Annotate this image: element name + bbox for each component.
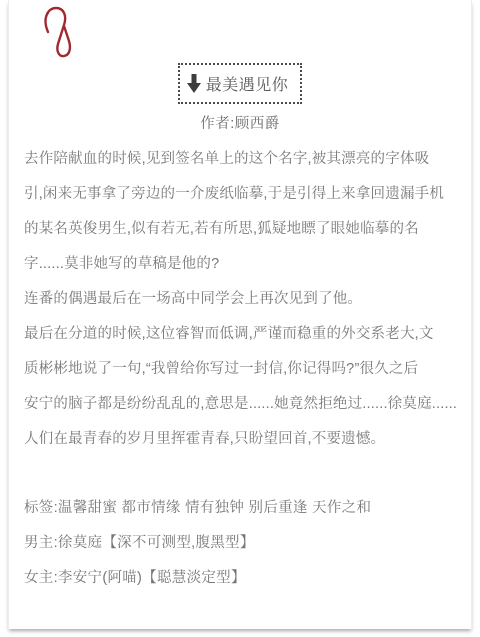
female-lead-line: 女主:李安宁(阿喵)【聪慧淡定型】 — [24, 561, 461, 596]
book-title-link[interactable]: 最美遇见你 — [178, 63, 303, 104]
meta-block: 标签:温馨甜蜜 都市情缘 情有独钟 别后重逢 天作之和 男主:徐莫庭【深不可测型… — [24, 491, 461, 596]
synopsis-line: 字......莫非她写的草稿是他的? — [24, 247, 461, 282]
synopsis-line: 去作陪献血的时候,见到签名单上的这个名字,被其漂亮的字体吸 — [24, 142, 461, 177]
synopsis-line: 质彬彬地说了一句,“我曾给你写过一封信,你记得吗?”很久之后 — [24, 352, 461, 387]
synopsis-line: 安宁的脑子都是纷纷乱乱的,意思是......她竟然拒绝过......徐莫庭...… — [24, 387, 461, 422]
author-line: 作者:顾西爵 — [9, 112, 471, 133]
tags-line: 标签:温馨甜蜜 都市情缘 情有独钟 别后重逢 天作之和 — [24, 491, 461, 526]
paperclip-icon — [34, 2, 82, 62]
male-lead-line: 男主:徐莫庭【深不可测型,腹黑型】 — [24, 526, 461, 561]
title-row: 最美遇见你 — [9, 63, 471, 104]
synopsis-line: 连番的偶遇最后在一场高中同学会上再次见到了他。 — [24, 282, 461, 317]
synopsis: 去作陪献血的时候,见到签名单上的这个名字,被其漂亮的字体吸 引,闲来无事拿了旁边… — [24, 142, 461, 457]
page-card: 最美遇见你 作者:顾西爵 去作陪献血的时候,见到签名单上的这个名字,被其漂亮的字… — [8, 0, 472, 629]
synopsis-line: 的某名英俊男生,似有若无,若有所思,狐疑地瞟了眼她临摹的名 — [24, 212, 461, 247]
synopsis-line: 人们在最青春的岁月里挥霍青春,只盼望回首,不要遗憾。 — [24, 422, 461, 457]
synopsis-line: 引,闲来无事拿了旁边的一介废纸临摹,于是引得上来拿回遗漏手机 — [24, 177, 461, 212]
synopsis-line: 最后在分道的时候,这位睿智而低调,严谨而稳重的外交系老大,文 — [24, 317, 461, 352]
down-arrow-icon — [187, 74, 201, 94]
book-title: 最美遇见你 — [206, 72, 289, 95]
